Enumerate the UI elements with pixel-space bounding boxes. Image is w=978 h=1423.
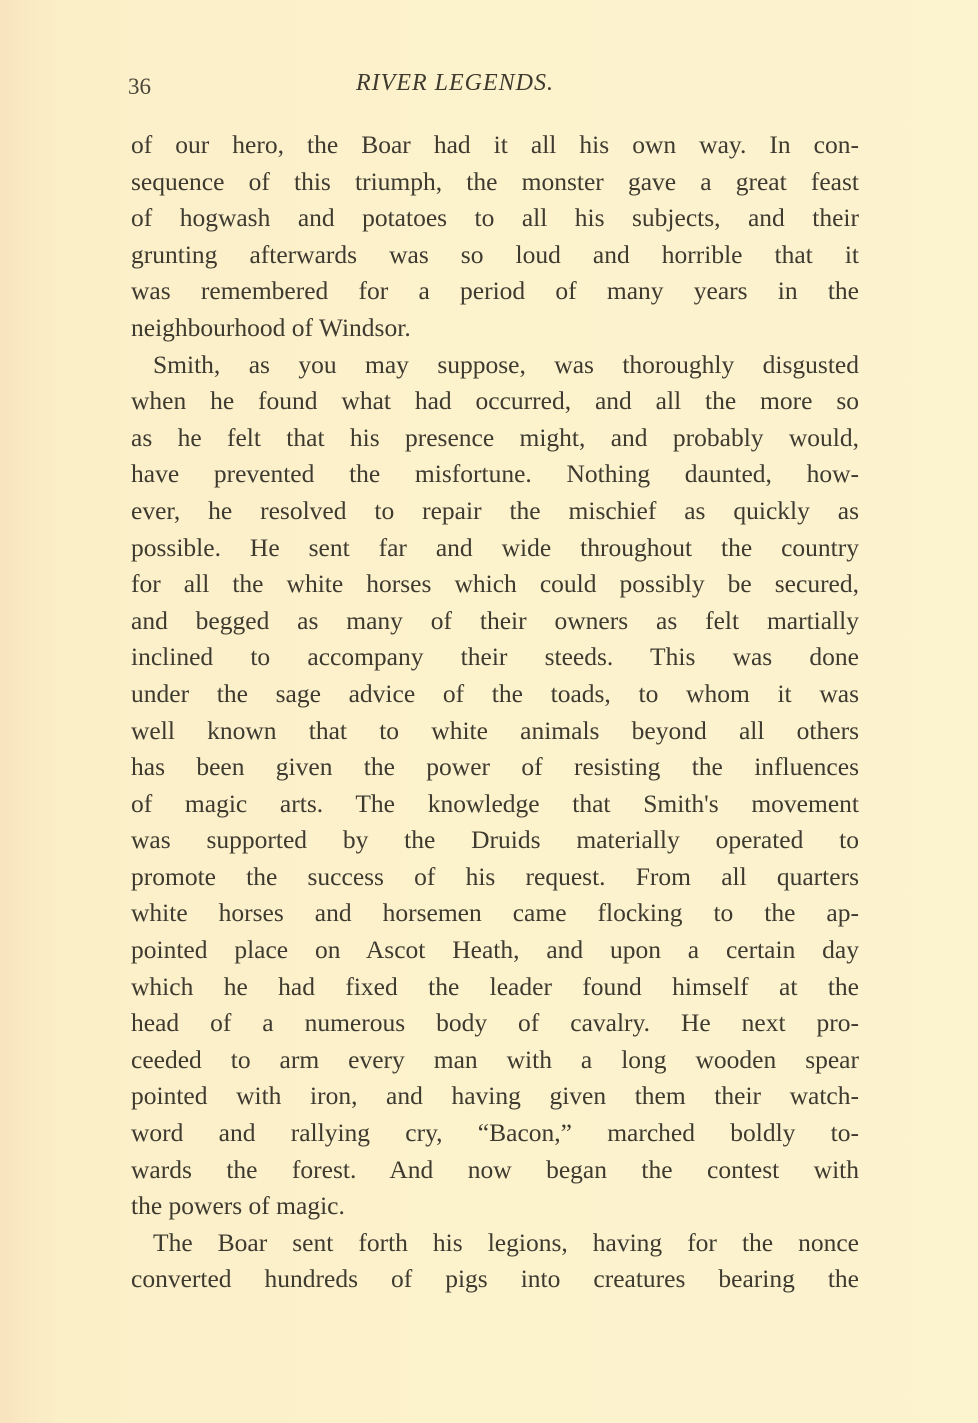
text-line: neighbourhood of Windsor. — [131, 310, 859, 347]
text-line: and begged as many of their owners as fe… — [131, 603, 859, 640]
text-line: pointed place on Ascot Heath, and upon a… — [131, 932, 859, 969]
running-title: RIVER LEGENDS. — [356, 70, 554, 97]
text-line: have prevented the misfortune. Nothing d… — [131, 456, 859, 493]
text-line: of magic arts. The knowledge that Smith'… — [131, 786, 859, 823]
text-line: ceeded to arm every man with a long wood… — [131, 1042, 859, 1079]
text-line: wards the forest. And now began the cont… — [131, 1152, 859, 1189]
text-line: of our hero, the Boar had it all his own… — [131, 127, 859, 164]
text-line: possible. He sent far and wide throughou… — [131, 530, 859, 567]
paragraph-2: Smith, as you may suppose, was thoroughl… — [131, 347, 859, 1225]
text-line: The Boar sent forth his legions, having … — [131, 1225, 859, 1262]
text-line: has been given the power of resisting th… — [131, 749, 859, 786]
text-line: well known that to white animals beyond … — [131, 713, 859, 750]
text-line: was remembered for a period of many year… — [131, 273, 859, 310]
text-line: was supported by the Druids materially o… — [131, 822, 859, 859]
text-line: Smith, as you may suppose, was thoroughl… — [131, 347, 859, 384]
text-line: inclined to accompany their steeds. This… — [131, 639, 859, 676]
text-line: when he found what had occurred, and all… — [131, 383, 859, 420]
paragraph-1: of our hero, the Boar had it all his own… — [131, 127, 859, 347]
text-line: converted hundreds of pigs into creature… — [131, 1261, 859, 1298]
text-line: which he had fixed the leader found hims… — [131, 969, 859, 1006]
text-line: under the sage advice of the toads, to w… — [131, 676, 859, 713]
text-line: word and rallying cry, “Bacon,” marched … — [131, 1115, 859, 1152]
text-line: pointed with iron, and having given them… — [131, 1078, 859, 1115]
text-line: promote the success of his request. From… — [131, 859, 859, 896]
text-line: white horses and horsemen came flocking … — [131, 895, 859, 932]
text-line: ever, he resolved to repair the mischief… — [131, 493, 859, 530]
text-line: of hogwash and potatoes to all his subje… — [131, 200, 859, 237]
text-line: grunting afterwards was so loud and horr… — [131, 237, 859, 274]
running-head: 36 RIVER LEGENDS. — [128, 70, 863, 106]
text-line: sequence of this triumph, the monster ga… — [131, 164, 859, 201]
paragraph-3: The Boar sent forth his legions, having … — [131, 1225, 859, 1298]
body-text: of our hero, the Boar had it all his own… — [131, 127, 859, 1298]
page-number: 36 — [128, 74, 151, 100]
text-line: head of a numerous body of cavalry. He n… — [131, 1005, 859, 1042]
text-line: for all the white horses which could pos… — [131, 566, 859, 603]
text-line: the powers of magic. — [131, 1188, 859, 1225]
text-line: as he felt that his presence might, and … — [131, 420, 859, 457]
